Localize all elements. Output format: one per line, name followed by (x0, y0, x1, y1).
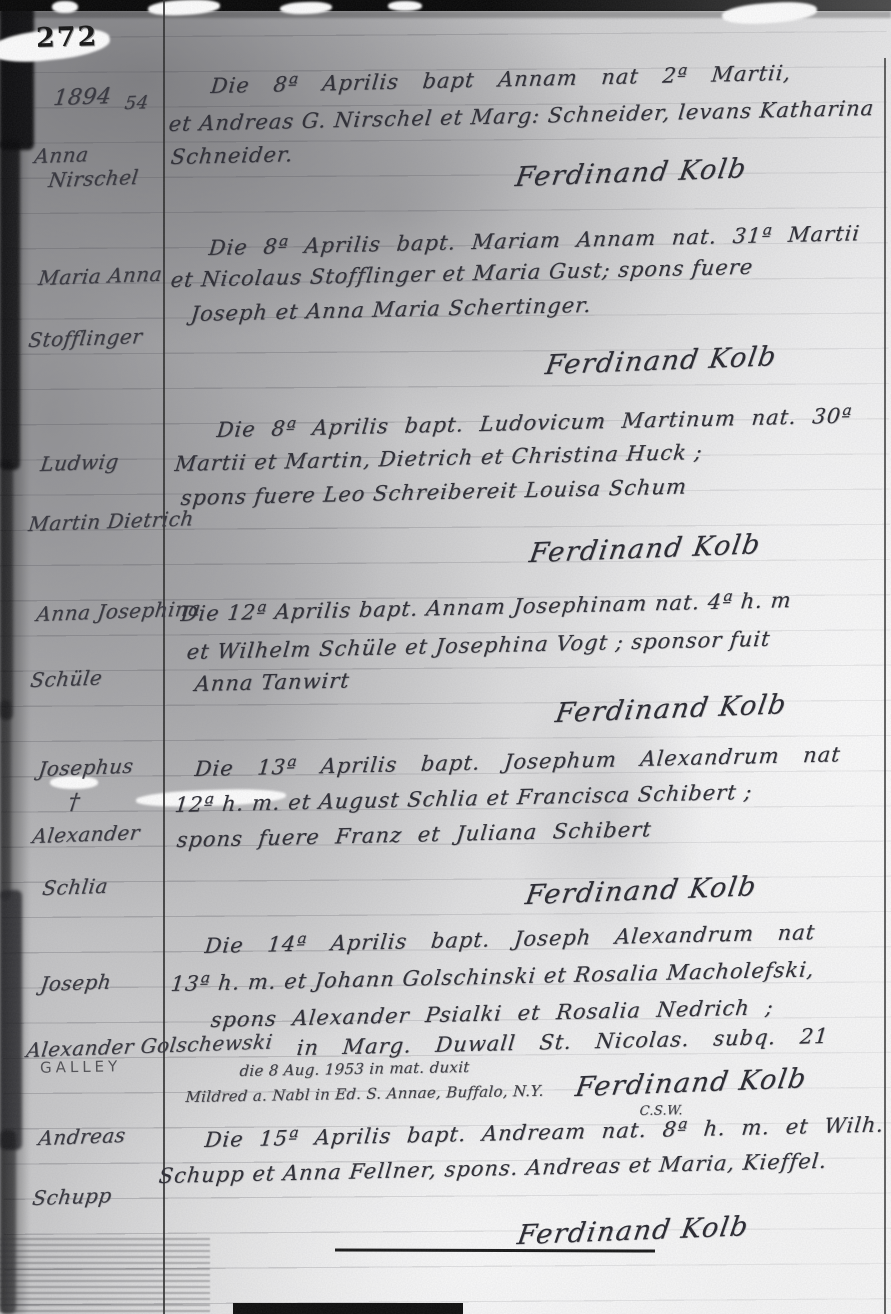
bottom-left-texture (0, 1238, 210, 1314)
entry-6-signature: Ferdinand Kolb (573, 1063, 809, 1103)
entry-5-margin-name2: Alexander (31, 820, 141, 848)
scratch-line (335, 1248, 655, 1252)
margin-rule (163, 0, 165, 1314)
entry-4-margin-name: Anna Josephina (35, 596, 202, 626)
entry-4-signature: Ferdinand Kolb (553, 689, 789, 729)
baptismal-register-page: 272 1894 54 Anna Nirschel Die 8ª Aprilis… (0, 0, 891, 1314)
entry-5-body-line: spons fuere Franz et Juliana Schibert (176, 817, 653, 852)
entry-5-signature: Ferdinand Kolb (523, 871, 759, 911)
entry-2-body-line: et Nicolaus Stofflinger et Maria Gust; s… (170, 255, 755, 292)
entry-3-body-line: Die 8ª Aprilis bapt. Ludovicum Martinum … (216, 404, 854, 442)
entry-6-annotation-line: die 8 Aug. 1953 in mat. duxit (239, 1058, 470, 1080)
white-patch (52, 1, 78, 13)
entry-4-body-line: et Wilhelm Schüle et Josephina Vogt ; sp… (186, 627, 772, 664)
entry-5-margin-surname: Schlia (41, 874, 109, 900)
entry-7-margin-name: Andreas (37, 1123, 127, 1150)
entry-6-annotation-line: Mildred a. Nabl in Ed. S. Annae, Buffalo… (185, 1082, 544, 1106)
entry-4-margin-surname: Schüle (29, 665, 104, 692)
entry-2-signature: Ferdinand Kolb (543, 341, 779, 381)
entry-7-margin-surname: Schupp (31, 1183, 113, 1210)
entry-2-margin-name: Maria Anna (37, 262, 164, 290)
entry-4-body-line: Anna Tanwirt (194, 668, 351, 696)
entry-5-cross-mark: † (67, 790, 82, 816)
entry-1-year: 1894 (52, 84, 113, 111)
binding-texture (0, 890, 22, 1150)
entry-1-number: 54 (123, 92, 149, 114)
entry-4-body-line: Die 12ª Aprilis bapt. Annam Josephinam n… (180, 588, 793, 626)
entry-5-body-line: 12ª h. m. et August Schlia et Francisca … (174, 780, 754, 817)
entry-6-margin-surname: Alexander Golschewski (25, 1029, 274, 1062)
entry-1-signature: Ferdinand Kolb (513, 153, 749, 193)
binding-dark-top (0, 0, 34, 150)
entry-3-body-line: spons fuere Leo Schreibereit Louisa Schu… (180, 475, 689, 511)
entry-2-body-line: Joseph et Anna Maria Schertinger. (190, 293, 593, 326)
entry-1-margin-surname: Nirschel (47, 165, 140, 192)
entry-1-margin-name: Anna (33, 142, 90, 168)
entry-3-body-line: Martii et Martin, Dietrich et Christina … (174, 440, 704, 476)
binding-dark-lower (0, 700, 11, 900)
entry-3-margin-surname: Martin Dietrich (27, 506, 195, 536)
bottom-scan-bar (233, 1303, 463, 1314)
entry-7-body-line: Die 15ª Aprilis bapt. Andream nat. 8ª h.… (204, 1113, 886, 1152)
entry-1-body-line: Die 8ª Aprilis bapt Annam nat 2ª Martii, (210, 61, 793, 98)
entry-5-body-line: Die 13ª Aprilis bapt. Josephum Alexandru… (194, 742, 842, 781)
entry-2-margin-surname: Stofflinger (27, 324, 144, 352)
entry-6-galley-note: GALLEY (40, 1057, 122, 1076)
entry-5-margin-name: Josephus (37, 754, 135, 781)
entry-6-margin-name: Joseph (39, 970, 113, 997)
entry-6-body-line: in Marg. Duwall St. Nicolas. subq. 21 (296, 1024, 830, 1060)
binding-dark-upper (0, 140, 20, 470)
binding-dark-mid (0, 460, 13, 720)
entry-3-margin-name: Ludwig (39, 449, 120, 476)
entry-3-signature: Ferdinand Kolb (527, 529, 763, 569)
entry-7-body-line: Schupp et Anna Fellner, spons. Andreas e… (158, 1149, 829, 1188)
entry-6-body-line: Die 14ª Aprilis bapt. Joseph Alexandrum … (204, 920, 817, 958)
entry-1-body-line: et Andreas G. Nirschel et Marg: Schneide… (168, 96, 876, 136)
entry-2-body-line: Die 8ª Aprilis bapt. Mariam Annam nat. 3… (208, 221, 862, 260)
entry-1-body-line: Schneider. (170, 142, 295, 169)
entry-6-body-line: 13ª h. m. et Johann Golschinski et Rosal… (170, 957, 816, 996)
white-patch (388, 1, 422, 11)
page-number: 272 (36, 21, 99, 54)
entry-7-signature: Ferdinand Kolb (515, 1211, 751, 1251)
